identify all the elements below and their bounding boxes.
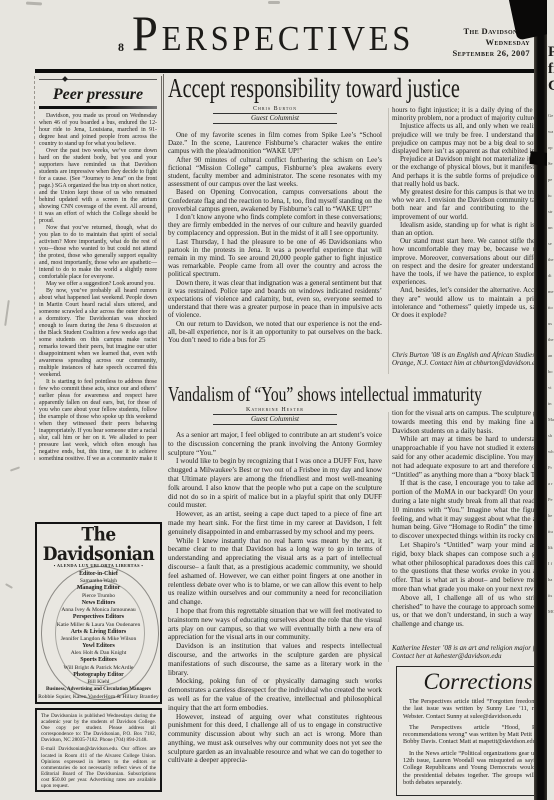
scan-artifact-mark xyxy=(529,151,548,166)
dateline: The Davidsonian Wednesday September 26, … xyxy=(360,26,530,59)
next-page-text-fragments: GewaopSepeiustrunsethedimetioustheanbovi… xyxy=(548,108,554,620)
next-page-text-fragment: the xyxy=(548,332,554,348)
staff-names: Jennifer Langdon & Mike Wilson xyxy=(37,636,160,643)
staff-entry: News Editors Anna Ivey & Monica Jamounea… xyxy=(37,600,160,614)
article-paragraph: Our stand must start here. We cannot sti… xyxy=(392,237,554,286)
next-page-text-fragment: di xyxy=(548,268,554,284)
column-gap-rule xyxy=(388,108,389,374)
article-paragraph: However, as an artist, seeing a cape duc… xyxy=(168,510,382,536)
scan-pencil-mark xyxy=(4,300,10,326)
article-paragraph: However, instead of arguing over what co… xyxy=(168,713,382,766)
staff-box-nameplate: The Davidsonian xyxy=(37,526,160,565)
scan-smudge xyxy=(26,2,42,6)
article-paragraph: hours to fight injustice; it is a daily … xyxy=(392,106,554,122)
staff-role: Perspectives Editors xyxy=(37,614,160,621)
article1-signature: Chris Burton ’08 is an English and Afric… xyxy=(392,351,554,368)
article-paragraph: On our return to Davidson, we noted that… xyxy=(168,320,382,345)
scan-pencil-mark xyxy=(5,583,13,589)
article2-column-1: As a senior art major, I feel obliged to… xyxy=(168,431,382,793)
article-paragraph: My greatest desire for this campus is th… xyxy=(392,188,554,221)
article1-column-1: One of my favorite scenes in film comes … xyxy=(168,131,382,381)
article-paragraph: While I knew instantly that no real harm… xyxy=(168,537,382,607)
editorial-body: Davidson, you made us proud on Wednesday… xyxy=(39,113,157,461)
next-page-text-fragment: me xyxy=(548,284,554,300)
corrections-box: Corrections The Perspectives article tit… xyxy=(396,666,554,796)
article-paragraph: And, besides, let’s consider the alterna… xyxy=(392,286,554,319)
staff-role: Yowl Editors xyxy=(37,643,160,650)
article-paragraph: I would like to begin by recognizing tha… xyxy=(168,457,382,510)
correction-item: The Perspectives article “Hood, Petraeus… xyxy=(403,724,553,746)
next-page-text-fragment: the xyxy=(548,252,554,268)
next-page-text-fragment: op xyxy=(548,140,554,156)
article2-headline: Vandalism of “You” shows intellectual im… xyxy=(168,382,482,406)
staff-entry: Perspectives Editors Katie Miller & Laur… xyxy=(37,614,160,628)
staff-entry: Business, Advertising and Circulation Ma… xyxy=(37,686,160,700)
article2-column-2: tion for the visual arts on campus. The … xyxy=(392,409,554,641)
next-page-text-fragment: MC xyxy=(548,604,554,620)
article-paragraph: tion for the visual arts on campus. The … xyxy=(392,409,554,435)
next-page-text-fragment: pe xyxy=(548,172,554,188)
editorial-paragraph: It is starting to feel pointless to addr… xyxy=(39,379,157,461)
next-page-text-fragment: iu xyxy=(548,188,554,204)
article1-author-title: Guest Columnist xyxy=(213,114,337,124)
next-page-text-fragment: an xyxy=(548,348,554,364)
article-paragraph: Mocking, poking fun of or physically dam… xyxy=(168,677,382,712)
staff-entry: Arts & Living Editors Jennifer Langdon &… xyxy=(37,629,160,643)
article-paragraph: Last Thursday, I had the pleasure to be … xyxy=(168,238,382,279)
editorial-title-rule xyxy=(39,106,157,109)
next-page-text-fragment: ha xyxy=(548,572,554,588)
next-page-headline-fragment: C xyxy=(548,78,554,95)
next-page-text-fragment: be xyxy=(548,508,554,524)
next-page-headline-fragment: fi xyxy=(548,61,554,78)
next-page-text-fragment: vi xyxy=(548,380,554,396)
publication-info-paragraph: The Davidsonian is published Wednesdays … xyxy=(41,713,156,743)
scan-pencil-mark xyxy=(10,466,20,471)
next-page-text-fragment: wh xyxy=(548,444,554,460)
next-page-text-fragment: a r xyxy=(548,476,554,492)
article1-headline: Accept responsibility toward justice xyxy=(168,73,460,103)
next-page-text-fragment: se xyxy=(548,236,554,252)
next-page-edge: PfiC GewaopSepeiustrunsethedimetiousthea… xyxy=(547,0,554,800)
article-paragraph: I don’t know anyone who finds complete c… xyxy=(168,213,382,238)
article2-author: Katherine Hester xyxy=(213,407,337,415)
staff-role: Sports Editors xyxy=(37,657,160,664)
next-page-headline-fragment: P xyxy=(548,44,554,61)
column-divider xyxy=(163,74,164,460)
next-page-text-fragment: Ma xyxy=(548,412,554,428)
next-page-text-fragment: in xyxy=(548,396,554,412)
article-paragraph: Let Shapiro’s “Untitled” warp your mind … xyxy=(392,541,554,594)
next-page-text-fragment: tio xyxy=(548,300,554,316)
staff-names: Anna Ivey & Monica Jamouneau xyxy=(37,607,160,614)
staff-box: The Davidsonian • ALENDA LUX UBI ORTA LI… xyxy=(35,522,162,704)
ornament-rule xyxy=(39,79,157,85)
staff-names: Bill Kiehl xyxy=(37,679,160,686)
next-page-text-fragment: lik xyxy=(548,540,554,556)
diamond-ornament-icon xyxy=(62,76,68,82)
next-page-text-fragment: us xyxy=(548,316,554,332)
next-page-text-fragment: str xyxy=(548,204,554,220)
article-paragraph: Based on Opening Convocation, campus con… xyxy=(168,188,382,213)
editorial-peer-pressure: Peer pressure Davidson, you made us prou… xyxy=(34,76,162,460)
corrections-title: Corrections xyxy=(403,669,553,695)
editorial-paragraph: By now, you’ve probably all heard rumors… xyxy=(39,288,157,379)
article-paragraph: Down there, it was clear that indignatio… xyxy=(168,279,382,320)
staff-entry: Editor-in-Chief Samantha Walsh xyxy=(37,571,160,585)
article-paragraph: After 90 minutes of cultural conflict fu… xyxy=(168,156,382,189)
corrections-list: The Perspectives article titled “Forgott… xyxy=(403,698,553,786)
staff-names: Pierce Trumbo xyxy=(37,593,160,600)
next-page-headline-fragments: PfiC xyxy=(548,44,554,95)
scan-smudge xyxy=(268,1,280,4)
next-page-text-fragment: Pr xyxy=(548,460,554,476)
editorial-title: Peer pressure xyxy=(39,86,157,104)
article-paragraph: One of my favorite scenes in film comes … xyxy=(168,131,382,156)
staff-names: Robbie Squier, Karen VanderHorn & Hillar… xyxy=(37,694,160,701)
dateline-date: September 26, 2007 xyxy=(360,48,530,59)
article-paragraph: While art may at times be hard to unders… xyxy=(392,435,554,479)
page-gutter-shadow xyxy=(534,0,547,800)
article1-byline: Chris Burton Guest Columnist xyxy=(213,106,337,124)
article1-column-2: hours to fight injustice; it is a daily … xyxy=(392,106,554,348)
staff-names: Katie Miller & Laura Van Oudenaren xyxy=(37,622,160,629)
page-number: 8 xyxy=(118,40,124,55)
next-page-text-fragment: its xyxy=(548,588,554,604)
editorial-paragraph: Now that you’ve returned, though, what d… xyxy=(39,225,157,281)
next-page-text-fragment: itu xyxy=(548,524,554,540)
article2-byline: Katherine Hester Guest Columnist xyxy=(213,407,337,425)
column-gap-rule xyxy=(388,412,389,662)
article-paragraph: Injustice affects us all, and only when … xyxy=(392,122,554,155)
next-page-text-fragment: sh xyxy=(548,428,554,444)
newspaper-page: 8 Perspectives The Davidsonian Wednesday… xyxy=(0,0,554,800)
editorial-paragraph: Davidson, you made us proud on Wednesday… xyxy=(39,113,157,148)
article1-author: Chris Burton xyxy=(213,106,337,114)
article2-signature: Katherine Hester ’08 is an art and relig… xyxy=(392,644,554,661)
next-page-text-fragment: bo xyxy=(548,364,554,380)
staff-names: Will Bright & Patrick McArdle xyxy=(37,665,160,672)
staff-role: Photography Editor xyxy=(37,672,160,679)
article-paragraph: Above all, I challenge all of us who str… xyxy=(392,594,554,629)
staff-role: Managing Editor xyxy=(37,585,160,592)
article-paragraph: As a senior art major, I feel obliged to… xyxy=(168,431,382,457)
editorial-paragraph: May we offer a suggestion? Look around y… xyxy=(39,281,157,288)
next-page-text-fragment: wa xyxy=(548,124,554,140)
dateline-publication: The Davidsonian xyxy=(360,26,530,37)
staff-entry: Photography Editor Bill Kiehl xyxy=(37,672,160,686)
staff-entry: Yowl Editors Alex Holt & Dan Knight xyxy=(37,643,160,657)
next-page-text-fragment: Se xyxy=(548,156,554,172)
staff-names: Alex Holt & Dan Knight xyxy=(37,650,160,657)
publication-info-paragraph: E-mail Davidsonian@davidson.edu. Our off… xyxy=(41,746,156,789)
next-page-text-fragment: un xyxy=(548,220,554,236)
correction-item: The Perspectives article titled “Forgott… xyxy=(403,698,553,720)
editorial-paragraph: Over the past two weeks, we’ve come down… xyxy=(39,148,157,225)
staff-entry: Managing Editor Pierce Trumbo xyxy=(37,585,160,599)
next-page-text-fragment: Pe xyxy=(548,492,554,508)
dateline-day: Wednesday xyxy=(360,37,530,48)
staff-role: Business, Advertising and Circulation Ma… xyxy=(37,686,160,693)
staff-role: Arts & Living Editors xyxy=(37,629,160,636)
publication-info-box: The Davidsonian is published Wednesdays … xyxy=(35,708,162,792)
staff-list: Editor-in-Chief Samantha Walsh Managing … xyxy=(37,571,160,701)
article-paragraph: Idealism aside, standing up for what is … xyxy=(392,221,554,237)
article-paragraph: I hope that from this regrettable situat… xyxy=(168,607,382,642)
next-page-text-fragment: Ge xyxy=(548,108,554,124)
article2-author-title: Guest Columnist xyxy=(213,415,337,425)
next-page-text-fragment: I f xyxy=(548,556,554,572)
correction-item: In the News article “Political organizat… xyxy=(403,750,553,786)
staff-role: Editor-in-Chief xyxy=(37,571,160,578)
staff-role: News Editors xyxy=(37,600,160,607)
staff-entry: Sports Editors Will Bright & Patrick McA… xyxy=(37,657,160,671)
article-paragraph: If that is the case, I encourage you to … xyxy=(392,479,554,541)
staff-names: Samantha Walsh xyxy=(37,578,160,585)
article-paragraph: Davidson is an institution that values a… xyxy=(168,642,382,677)
